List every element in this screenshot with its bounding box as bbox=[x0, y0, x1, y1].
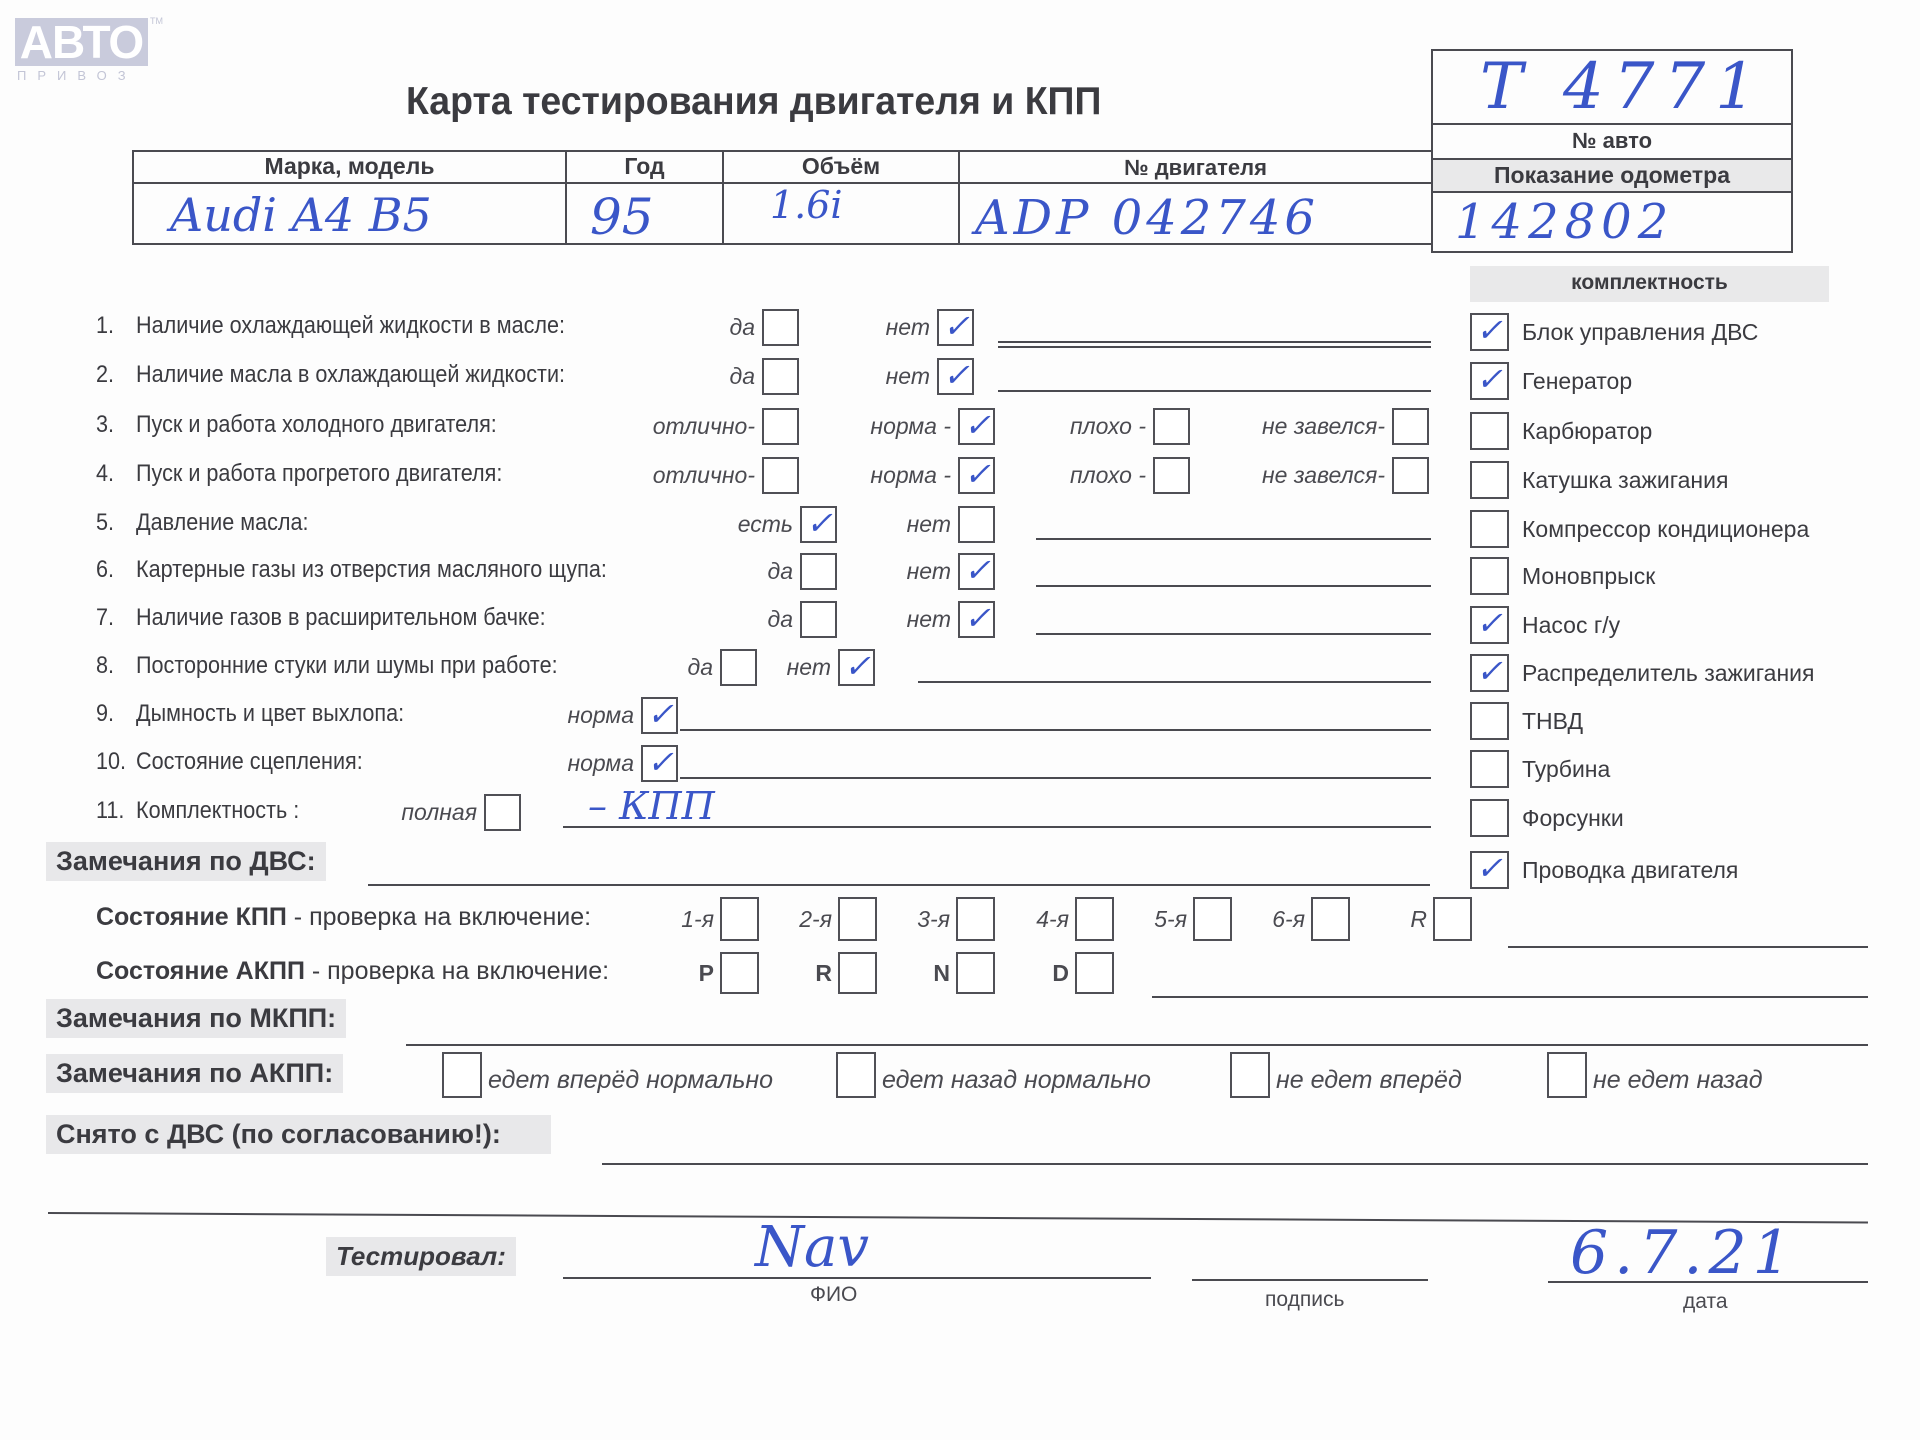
gear-label: P bbox=[630, 960, 714, 987]
year-value[interactable]: 95 bbox=[590, 188, 654, 246]
item-notes-field[interactable] bbox=[1036, 538, 1431, 540]
mkpp-remarks-label: Замечания по МКПП: bbox=[46, 999, 346, 1038]
option-label: полная bbox=[279, 799, 477, 826]
akpp-remark-label: едет вперёд нормально bbox=[488, 1066, 773, 1095]
option-label: нет bbox=[732, 363, 930, 390]
item-number: 7. bbox=[96, 604, 114, 632]
item-notes-field[interactable] bbox=[918, 681, 1431, 683]
gear-label: D bbox=[985, 960, 1069, 987]
option-label: плохо - bbox=[948, 462, 1146, 489]
completeness-item-label: Генератор bbox=[1522, 368, 1632, 395]
volume-value[interactable]: 1.6i bbox=[770, 183, 843, 227]
option-label: норма bbox=[436, 702, 634, 729]
signature-field[interactable] bbox=[1192, 1279, 1428, 1281]
akpp-remark-checkbox-4[interactable] bbox=[1547, 1052, 1587, 1098]
check-mark-icon: ✓ bbox=[647, 695, 674, 733]
auto-gearbox-notes-field[interactable] bbox=[1152, 996, 1868, 998]
check-mark-icon: ✓ bbox=[1476, 652, 1503, 690]
item-number: 2. bbox=[96, 361, 114, 389]
gear-label: 5-я bbox=[1103, 906, 1187, 933]
item-label: Посторонние стуки или шумы при работе: bbox=[136, 652, 558, 680]
option-label: не завелся- bbox=[1187, 462, 1385, 489]
option-label: норма - bbox=[753, 462, 951, 489]
completeness-checkbox-10[interactable] bbox=[1470, 750, 1509, 788]
item-number: 5. bbox=[96, 509, 114, 537]
check-mark-icon: ✓ bbox=[1476, 849, 1503, 887]
completeness-item-label: Форсунки bbox=[1522, 805, 1624, 832]
check-mark-icon: ✓ bbox=[1476, 311, 1503, 349]
option-label: да bbox=[557, 363, 755, 390]
completeness-checkbox-7[interactable]: ✓ bbox=[1470, 606, 1509, 644]
item-number: 10. bbox=[96, 748, 126, 776]
completeness-header: комплектность bbox=[1470, 271, 1829, 295]
option-label: нет bbox=[732, 314, 930, 341]
option-label: норма - bbox=[753, 413, 951, 440]
removed-label: Снято с ДВС (по согласованию!): bbox=[46, 1115, 551, 1154]
item-note-value[interactable]: – КПП bbox=[588, 784, 715, 828]
item-label: Наличие масла в охлаждающей жидкости: bbox=[136, 361, 565, 389]
completeness-item-label: Компрессор кондиционера bbox=[1522, 516, 1809, 543]
item-number: 4. bbox=[96, 460, 114, 488]
checkbox-6-2[interactable]: ✓ bbox=[958, 553, 995, 590]
engine-remarks-label: Замечания по ДВС: bbox=[46, 842, 326, 881]
name-caption: ФИО bbox=[810, 1283, 857, 1307]
item-notes-field[interactable] bbox=[680, 729, 1431, 731]
checkbox-4-4[interactable] bbox=[1392, 457, 1429, 494]
option-label: отлично- bbox=[557, 413, 755, 440]
item-notes-field[interactable] bbox=[1036, 633, 1431, 635]
completeness-item-label: Блок управления ДВС bbox=[1522, 319, 1758, 346]
option-label: нет bbox=[753, 558, 951, 585]
akpp-remark-checkbox-3[interactable] bbox=[1230, 1052, 1270, 1098]
item-number: 6. bbox=[96, 556, 114, 584]
completeness-checkbox-1[interactable]: ✓ bbox=[1470, 313, 1509, 351]
checkbox-2-2[interactable]: ✓ bbox=[937, 358, 974, 395]
item-label: Пуск и работа прогретого двигателя: bbox=[136, 460, 502, 488]
logo-trademark: TM bbox=[150, 16, 163, 26]
akpp-remark-label: не едет назад bbox=[1593, 1066, 1763, 1095]
akpp-remarks-label: Замечания по АКПП: bbox=[46, 1054, 343, 1093]
checkbox-4-3[interactable] bbox=[1153, 457, 1190, 494]
akpp-remark-checkbox-1[interactable] bbox=[442, 1052, 482, 1098]
completeness-checkbox-3[interactable] bbox=[1470, 412, 1509, 450]
completeness-checkbox-6[interactable] bbox=[1470, 557, 1509, 595]
header-year: Год bbox=[567, 153, 722, 180]
item-label: Давление масла: bbox=[136, 509, 309, 537]
item-number: 9. bbox=[96, 700, 114, 728]
completeness-checkbox-12[interactable]: ✓ bbox=[1470, 851, 1509, 889]
check-mark-icon: ✓ bbox=[964, 599, 991, 637]
check-mark-icon: ✓ bbox=[964, 551, 991, 589]
completeness-checkbox-4[interactable] bbox=[1470, 461, 1509, 499]
make-model-value[interactable]: Audi A4 B5 bbox=[170, 188, 432, 242]
gear-label: 1-я bbox=[630, 906, 714, 933]
checkbox-8-2[interactable]: ✓ bbox=[838, 649, 875, 686]
gear-label: 2-я bbox=[748, 906, 832, 933]
item-number: 8. bbox=[96, 652, 114, 680]
option-label: отлично- bbox=[557, 462, 755, 489]
manual-gearbox-notes-field[interactable] bbox=[1508, 946, 1868, 948]
manual-gearbox-label: Состояние КПП - проверка на включение: bbox=[96, 903, 591, 932]
checkbox-3-4[interactable] bbox=[1392, 408, 1429, 445]
item-label: Состояние сцепления: bbox=[136, 748, 363, 776]
item-notes-field[interactable] bbox=[998, 390, 1431, 392]
logo: АВТО bbox=[15, 18, 148, 66]
option-label: нет bbox=[753, 606, 951, 633]
option-label: нет bbox=[633, 654, 831, 681]
option-label: плохо - bbox=[948, 413, 1146, 440]
completeness-checkbox-9[interactable] bbox=[1470, 702, 1509, 740]
item-number: 1. bbox=[96, 312, 114, 340]
check-mark-icon: ✓ bbox=[647, 743, 674, 781]
check-mark-icon: ✓ bbox=[844, 647, 871, 685]
removed-field[interactable] bbox=[602, 1163, 1868, 1165]
option-label: нет bbox=[753, 511, 951, 538]
date-caption: дата bbox=[1683, 1290, 1728, 1314]
checkbox-1-2[interactable]: ✓ bbox=[937, 309, 974, 346]
completeness-checkbox-2[interactable]: ✓ bbox=[1470, 362, 1509, 400]
checkbox-10-1[interactable]: ✓ bbox=[641, 745, 678, 782]
item-number: 3. bbox=[96, 411, 114, 439]
odometer-value[interactable]: 142802 bbox=[1455, 194, 1674, 250]
item-label: Наличие охлаждающей жидкости в масле: bbox=[136, 312, 565, 340]
completeness-item-label: Моновпрыск bbox=[1522, 563, 1655, 590]
gear-label: 6-я bbox=[1221, 906, 1305, 933]
completeness-checkbox-5[interactable] bbox=[1470, 510, 1509, 548]
gear-label: R bbox=[1343, 906, 1427, 933]
mkpp-remarks-field[interactable] bbox=[406, 1044, 1868, 1046]
check-mark-icon: ✓ bbox=[943, 307, 970, 345]
header-make-model: Марка, модель bbox=[134, 153, 565, 180]
completeness-item-label: Проводка двигателя bbox=[1522, 857, 1738, 884]
engine-remarks-field[interactable] bbox=[368, 884, 1430, 886]
check-mark-icon: ✓ bbox=[943, 356, 970, 394]
item-notes-field[interactable] bbox=[1036, 585, 1431, 587]
auto-gearbox-label: Состояние АКПП - проверка на включение: bbox=[96, 957, 609, 986]
odometer-label: Показание одометра bbox=[1433, 162, 1791, 189]
item-label: Дымность и цвет выхлопа: bbox=[136, 700, 404, 728]
akpp-remark-checkbox-2[interactable] bbox=[836, 1052, 876, 1098]
check-mark-icon: ✓ bbox=[1476, 360, 1503, 398]
check-mark-icon: ✓ bbox=[1476, 604, 1503, 642]
manual-gear-checkbox-7[interactable] bbox=[1433, 897, 1472, 941]
checkbox-5-2[interactable] bbox=[958, 506, 995, 543]
header-volume: Объём bbox=[724, 153, 958, 180]
item-notes-field[interactable] bbox=[998, 341, 1431, 343]
gear-label: N bbox=[866, 960, 950, 987]
engine-number-value[interactable]: ADP 042746 bbox=[975, 190, 1319, 246]
item-number: 11. bbox=[96, 797, 124, 825]
item-label: Наличие газов в расширительном бачке: bbox=[136, 604, 546, 632]
name-value[interactable]: Nav bbox=[755, 1215, 869, 1280]
tested-by-label: Тестировал: bbox=[326, 1237, 516, 1276]
page-title: Карта тестирования двигателя и КПП bbox=[406, 80, 1101, 124]
item-notes-field[interactable] bbox=[998, 346, 1431, 348]
car-number-value[interactable]: T 4771 bbox=[1480, 50, 1766, 124]
completeness-item-label: Распределитель зажигания bbox=[1522, 660, 1814, 687]
checkbox-9-1[interactable]: ✓ bbox=[641, 697, 678, 734]
completeness-item-label: ТНВД bbox=[1522, 708, 1583, 735]
auto-gear-checkbox-4[interactable] bbox=[1075, 952, 1114, 994]
completeness-checkbox-11[interactable] bbox=[1470, 799, 1509, 837]
date-value[interactable]: 6.7.21 bbox=[1570, 1218, 1797, 1288]
checkbox-11-1[interactable] bbox=[484, 794, 521, 831]
header-engine-number: № двигателя bbox=[960, 155, 1431, 181]
item-label: Комплектность : bbox=[136, 797, 299, 825]
item-label: Пуск и работа холодного двигателя: bbox=[136, 411, 497, 439]
option-label: норма bbox=[436, 750, 634, 777]
gear-label: 3-я bbox=[866, 906, 950, 933]
completeness-item-label: Насос г/у bbox=[1522, 612, 1620, 639]
gear-label: 4-я bbox=[985, 906, 1069, 933]
akpp-remark-label: не едет вперёд bbox=[1276, 1066, 1462, 1095]
logo-subtitle: ПРИВОЗ bbox=[17, 68, 152, 83]
completeness-checkbox-8[interactable]: ✓ bbox=[1470, 654, 1509, 692]
option-label: не завелся- bbox=[1187, 413, 1385, 440]
completeness-item-label: Турбина bbox=[1522, 756, 1610, 783]
signature-caption: подпись bbox=[1265, 1288, 1344, 1312]
akpp-remark-label: едет назад нормально bbox=[882, 1066, 1151, 1095]
checkbox-3-3[interactable] bbox=[1153, 408, 1190, 445]
item-label: Картерные газы из отверстия масляного щу… bbox=[136, 556, 607, 584]
completeness-item-label: Катушка зажигания bbox=[1522, 467, 1728, 494]
gear-label: R bbox=[748, 960, 832, 987]
option-label: да bbox=[557, 314, 755, 341]
completeness-item-label: Карбюратор bbox=[1522, 418, 1652, 445]
checkbox-7-2[interactable]: ✓ bbox=[958, 601, 995, 638]
item-notes-field[interactable] bbox=[680, 777, 1431, 779]
car-number-label: № авто bbox=[1433, 128, 1791, 154]
